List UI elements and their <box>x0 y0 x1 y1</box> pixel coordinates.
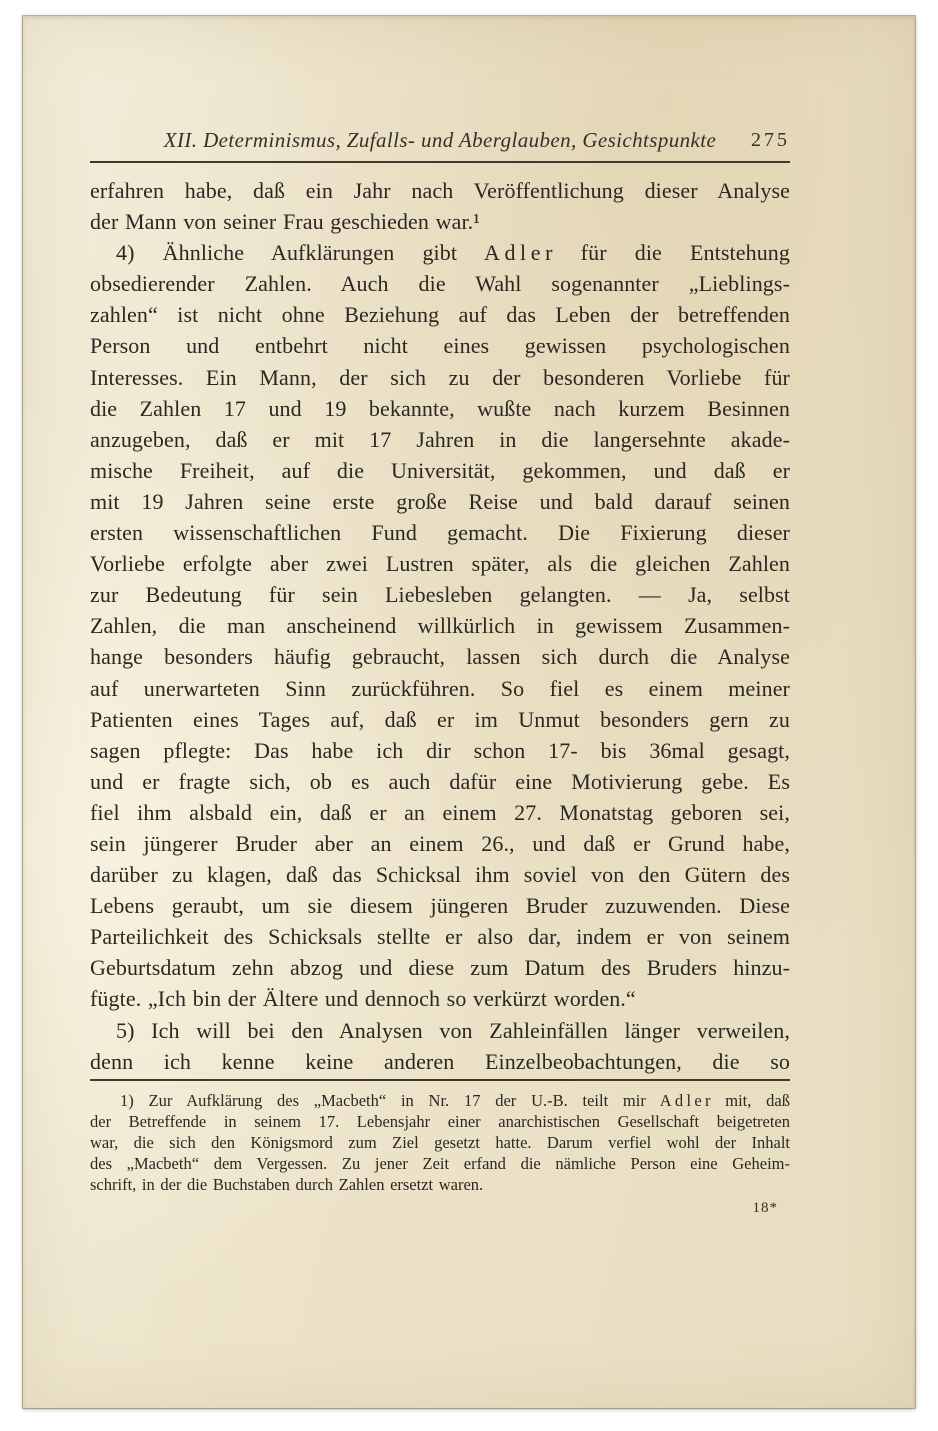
body-text-line: Vorliebe erfolgte aber zwei Lustren spät… <box>90 548 790 579</box>
footnote-line: 1) Zur Aufklärung des „Macbeth“ in Nr. 1… <box>90 1090 790 1111</box>
body-text-line: anzugeben, daß er mit 17 Jahren in die l… <box>90 424 790 455</box>
body-text-line: zur Bedeutung für sein Liebesleben gelan… <box>90 579 790 610</box>
body-text-line: 4) Ähnliche Aufklärungen gibt A d l e r … <box>90 237 790 268</box>
chapter-title: XII. Determinismus, Zufalls- und Abergla… <box>164 128 716 152</box>
header-rule <box>90 161 790 163</box>
body-text-line: Lebens geraubt, um sie diesem jüngeren B… <box>90 890 790 921</box>
body-text-line: zahlen“ ist nicht ohne Beziehung auf das… <box>90 299 790 330</box>
body-text-line: mit 19 Jahren seine erste große Reise un… <box>90 486 790 517</box>
footnote-line: des „Macbeth“ dem Vergessen. Zu jener Ze… <box>90 1153 790 1174</box>
body-text-line: Patienten eines Tages auf, daß er im Unm… <box>90 704 790 735</box>
book-page: XII. Determinismus, Zufalls- und Abergla… <box>23 16 915 1408</box>
signature-mark: 18* <box>90 1200 790 1217</box>
running-head: XII. Determinismus, Zufalls- und Abergla… <box>90 128 790 153</box>
body-text-line: die Zahlen 17 und 19 bekannte, wußte nac… <box>90 393 790 424</box>
body-text-line: der Mann von seiner Frau geschieden war.… <box>90 206 790 237</box>
footnote: 1) Zur Aufklärung des „Macbeth“ in Nr. 1… <box>90 1090 790 1195</box>
body-text-line: erfahren habe, daß ein Jahr nach Veröffe… <box>90 175 790 206</box>
body-text-line: darüber zu klagen, daß das Schicksal ihm… <box>90 859 790 890</box>
page-number: 275 <box>751 129 790 152</box>
body-text-line: ersten wissenschaftlichen Fund gemacht. … <box>90 517 790 548</box>
body-text-line: Parteilichkeit des Schicksals stellte er… <box>90 921 790 952</box>
body-text-line: sagen pflegte: Das habe ich dir schon 17… <box>90 735 790 766</box>
body-text-line: fiel ihm alsbald ein, daß er an einem 27… <box>90 797 790 828</box>
body-text-line: Person und entbehrt nicht eines gewissen… <box>90 330 790 361</box>
body-text-line: 5) Ich will bei den Analysen von Zahlein… <box>90 1015 790 1046</box>
body-text-line: und er fragte sich, ob es auch dafür ein… <box>90 766 790 797</box>
body-text-line: denn ich kenne keine anderen Einzelbeoba… <box>90 1046 790 1077</box>
body-text-line: hange besonders häufig gebraucht, lassen… <box>90 641 790 672</box>
body-text-line: Interesses. Ein Mann, der sich zu der be… <box>90 362 790 393</box>
footnote-line: war, die sich den Königsmord zum Ziel ge… <box>90 1132 790 1153</box>
footnote-rule <box>90 1079 790 1081</box>
body-text-line: Geburtsdatum zehn abzog und diese zum Da… <box>90 952 790 983</box>
footnote-line: schrift, in der die Buchstaben durch Zah… <box>90 1174 790 1195</box>
body-text-line: sein jüngerer Bruder aber an einem 26., … <box>90 828 790 859</box>
body-text-line: auf unerwarteten Sinn zurückführen. So f… <box>90 673 790 704</box>
body-text-line: Zahlen, die man anscheinend willkürlich … <box>90 610 790 641</box>
footnote-line: der Betreffende in seinem 17. Lebensjahr… <box>90 1111 790 1132</box>
main-text: erfahren habe, daß ein Jahr nach Veröffe… <box>90 175 790 1077</box>
body-text-line: obsedierender Zahlen. Auch die Wahl soge… <box>90 268 790 299</box>
body-text-line: mische Freiheit, auf die Universität, ge… <box>90 455 790 486</box>
body-text-line: fügte. „Ich bin der Ältere und dennoch s… <box>90 983 790 1014</box>
